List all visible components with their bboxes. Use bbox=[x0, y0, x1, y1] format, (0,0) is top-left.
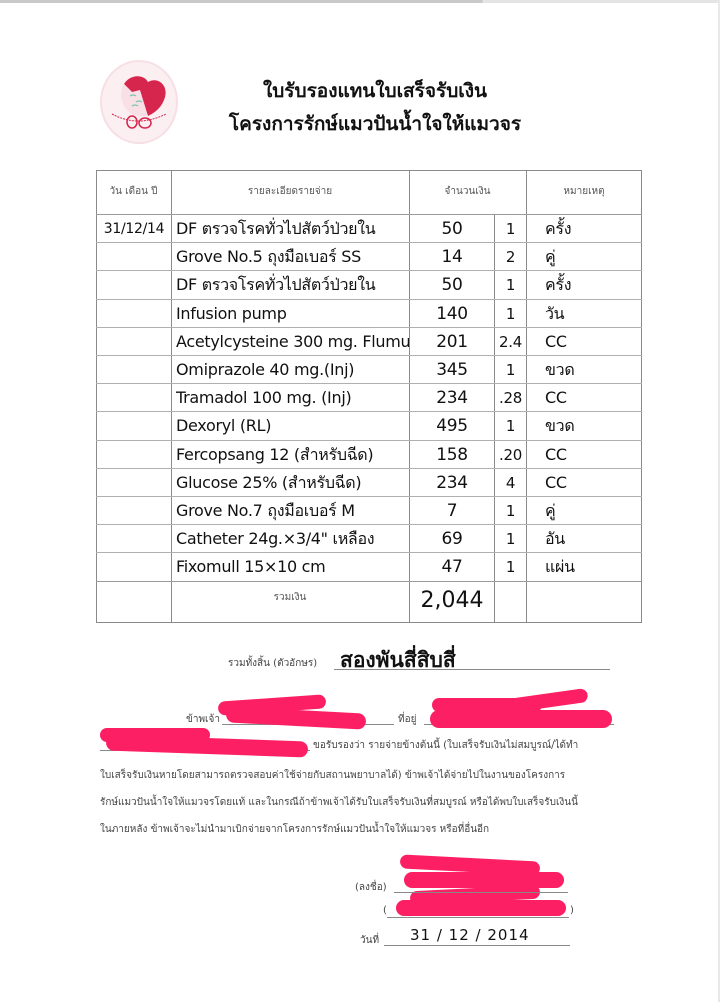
cell-qty: 1 bbox=[495, 270, 526, 298]
cell-amount: 345 bbox=[410, 355, 494, 383]
cell-amount: 50 bbox=[410, 214, 494, 242]
sign-label: (ลงชื่อ) bbox=[355, 880, 387, 895]
cell-description: DF ตรวจโรคทั่วไปสัตว์ป่วยใน bbox=[176, 214, 409, 242]
top-edge bbox=[0, 0, 720, 3]
cell-amount: 158 bbox=[410, 440, 494, 468]
cell-unit: แผ่น bbox=[545, 552, 635, 580]
paren-close: ) bbox=[570, 905, 574, 916]
header-remark: หมายเหตุ bbox=[526, 170, 642, 214]
cell-date bbox=[98, 327, 170, 355]
cell-unit: ขวด bbox=[545, 411, 635, 439]
cell-date bbox=[98, 299, 170, 327]
cell-qty: 2.4 bbox=[495, 327, 526, 355]
cell-description: Acetylcysteine 300 mg. Flumu bbox=[176, 327, 409, 355]
cell-description: Catheter 24g.×3/4" เหลือง bbox=[176, 524, 409, 552]
declaration-line-5: ในภายหลัง ข้าพเจ้าจะไม่นำมาเบิกจ่ายจากโค… bbox=[100, 822, 489, 837]
printed-name-line bbox=[387, 917, 569, 918]
cell-date bbox=[98, 496, 170, 524]
column-divider bbox=[171, 170, 172, 623]
cell-date bbox=[98, 468, 170, 496]
address-label: ที่อยู่ bbox=[398, 712, 416, 727]
redaction-mark bbox=[106, 734, 308, 757]
redaction-mark bbox=[396, 900, 566, 916]
redaction-mark bbox=[430, 710, 612, 728]
cell-qty: 1 bbox=[495, 355, 526, 383]
cell-date bbox=[98, 524, 170, 552]
cell-amount: 234 bbox=[410, 468, 494, 496]
cell-unit: CC bbox=[545, 468, 635, 496]
cell-unit: อัน bbox=[545, 524, 635, 552]
cell-unit: คู่ bbox=[545, 242, 635, 270]
declaration-line-3: ใบเสร็จรับเงินหายโดยสามารถตรวจสอบค่าใช้จ… bbox=[100, 768, 565, 783]
date-line bbox=[384, 945, 570, 946]
cell-unit: CC bbox=[545, 327, 635, 355]
total-label: รวมเงิน bbox=[171, 590, 409, 605]
cell-unit: CC bbox=[545, 440, 635, 468]
date-label: วันที่ bbox=[360, 933, 379, 948]
total-words-label: รวมทั้งสิ้น (ตัวอักษร) bbox=[228, 656, 317, 671]
cell-amount: 201 bbox=[410, 327, 494, 355]
cell-unit: CC bbox=[545, 383, 635, 411]
cat-heart-logo-icon bbox=[100, 60, 178, 144]
cell-description: Grove No.7 ถุงมือเบอร์ M bbox=[176, 496, 409, 524]
column-divider bbox=[526, 170, 527, 623]
cell-unit: ครั้ง bbox=[545, 214, 635, 242]
cell-unit: ขวด bbox=[545, 355, 635, 383]
row-divider bbox=[96, 581, 642, 582]
cell-qty: .28 bbox=[495, 383, 526, 411]
cell-description: DF ตรวจโรคทั่วไปสัตว์ป่วยใน bbox=[176, 270, 409, 298]
cell-date bbox=[98, 552, 170, 580]
header-description: รายละเอียดรายจ่าย bbox=[171, 170, 409, 214]
cell-qty: 1 bbox=[495, 496, 526, 524]
cell-description: Fercopsang 12 (สำหรับฉีด) bbox=[176, 440, 409, 468]
cell-amount: 7 bbox=[410, 496, 494, 524]
redaction-mark bbox=[226, 706, 367, 729]
cell-qty: 1 bbox=[495, 299, 526, 327]
cell-date bbox=[98, 355, 170, 383]
document-title: ใบรับรองแทนใบเสร็จรับเงิน bbox=[200, 76, 550, 106]
redaction-mark bbox=[404, 872, 564, 888]
cell-qty: 1 bbox=[495, 552, 526, 580]
total-words-value: สองพันสี่สิบสี่ bbox=[340, 644, 456, 677]
cell-date bbox=[98, 411, 170, 439]
cell-description: Infusion pump bbox=[176, 299, 409, 327]
cell-date bbox=[98, 270, 170, 298]
cell-amount: 69 bbox=[410, 524, 494, 552]
cell-description: Omiprazole 40 mg.(Inj) bbox=[176, 355, 409, 383]
cell-date bbox=[98, 440, 170, 468]
project-title: โครงการรักษ์แมวปันน้ำใจให้แมวจร bbox=[200, 109, 550, 139]
claimant-label: ข้าพเจ้า bbox=[186, 712, 220, 727]
cell-description: Dexoryl (RL) bbox=[176, 411, 409, 439]
cell-qty: .20 bbox=[495, 440, 526, 468]
declaration-line-4: รักษ์แมวปันน้ำใจให้แมวจรโดยแท้ และในกรณี… bbox=[100, 795, 578, 810]
total-value: 2,044 bbox=[410, 588, 494, 613]
header-date: วัน เดือน ปี bbox=[96, 170, 171, 214]
cell-description: Fixomull 15×10 cm bbox=[176, 552, 409, 580]
cell-description: Tramadol 100 mg. (Inj) bbox=[176, 383, 409, 411]
cell-amount: 14 bbox=[410, 242, 494, 270]
cell-description: Grove No.5 ถุงมือเบอร์ SS bbox=[176, 242, 409, 270]
cell-date bbox=[98, 242, 170, 270]
cell-amount: 495 bbox=[410, 411, 494, 439]
cell-amount: 140 bbox=[410, 299, 494, 327]
cell-qty: 1 bbox=[495, 214, 526, 242]
cell-amount: 47 bbox=[410, 552, 494, 580]
cell-unit: ครั้ง bbox=[545, 270, 635, 298]
cell-qty: 1 bbox=[495, 524, 526, 552]
cell-qty: 1 bbox=[495, 411, 526, 439]
signed-date: 31 / 12 / 2014 bbox=[410, 926, 530, 944]
header-amount: จำนวนเงิน bbox=[409, 170, 526, 214]
cell-amount: 234 bbox=[410, 383, 494, 411]
cell-date: 31/12/14 bbox=[98, 214, 170, 242]
signature-line bbox=[394, 892, 568, 893]
declaration-line-2: ขอรับรองว่า รายจ่ายข้างต้นนี้ (ใบเสร็จรั… bbox=[313, 738, 578, 753]
cell-date bbox=[98, 383, 170, 411]
cell-qty: 4 bbox=[495, 468, 526, 496]
total-words-line bbox=[334, 669, 610, 670]
paren-open: ( bbox=[383, 905, 387, 916]
cell-description: Glucose 25% (สำหรับฉีด) bbox=[176, 468, 409, 496]
cell-unit: วัน bbox=[545, 299, 635, 327]
cell-qty: 2 bbox=[495, 242, 526, 270]
cell-unit: คู่ bbox=[545, 496, 635, 524]
cell-amount: 50 bbox=[410, 270, 494, 298]
